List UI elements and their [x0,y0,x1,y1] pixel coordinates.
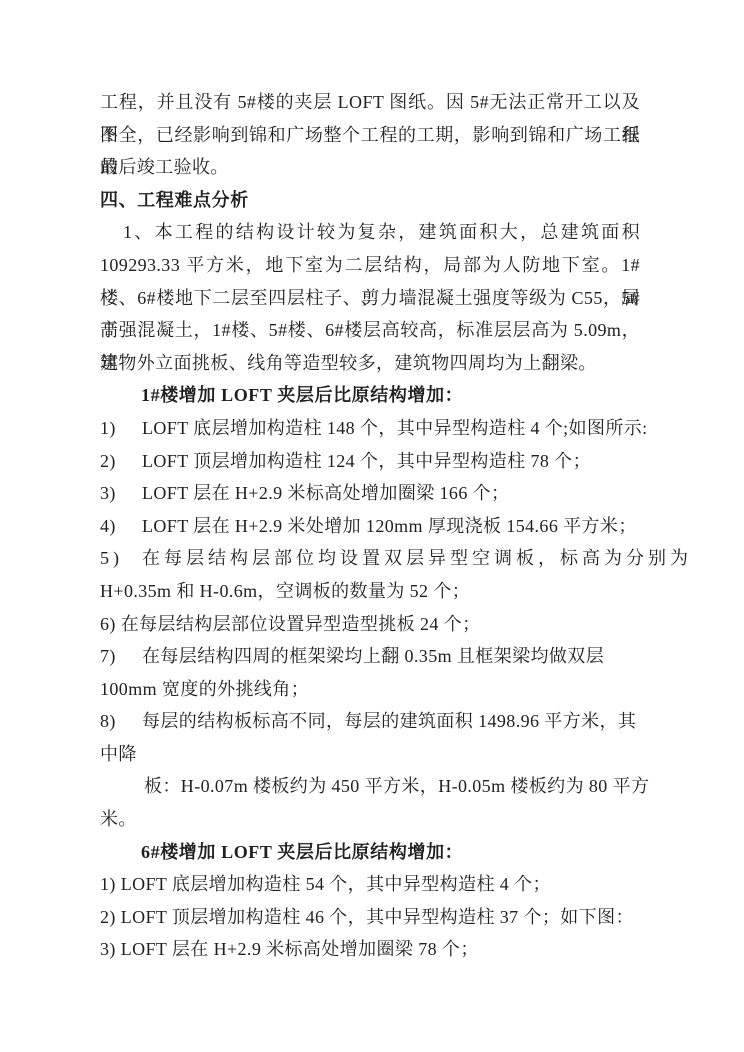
text-line: 筑物外立面挑板、线角等造型较多，建筑物四周均为上翻梁。 [100,347,640,380]
page-content: 工程，并且没有 5#楼的夹层 LOFT 图纸。因 5#无法正常开工以及图纸 不全… [100,86,640,966]
list-item-continued: 米。 [100,803,640,836]
list-item: 2) LOFT 顶层增加构造柱 124 个，其中异型构造柱 78 个； [100,445,640,478]
list-item-continued: 中降 [100,738,640,771]
text-line: 1、本工程的结构设计较为复杂，建筑面积大，总建筑面积 [100,216,640,249]
text-line: 最后竣工验收。 [100,151,640,184]
text-line: 不全，已经影响到锦和广场整个工程的工期，影响到锦和广场工程的 [100,119,640,152]
list-item: 3) LOFT 层在 H+2.9 米标高处增加圈梁 166 个； [100,477,640,510]
subsection-heading: 1#楼增加 LOFT 夹层后比原结构增加： [100,379,640,412]
list-item-continued: 板：H-0.07m 楼板约为 450 平方米，H-0.05m 楼板约为 80 平… [100,770,640,803]
text-line: 工程，并且没有 5#楼的夹层 LOFT 图纸。因 5#无法正常开工以及图纸 [100,86,640,119]
list-item: 4) LOFT 层在 H+2.9 米处增加 120mm 厚现浇板 154.66 … [100,510,640,543]
text-line: 楼、6#楼地下二层至四层柱子、剪力墙混凝土强度等级为 C55，属于 [100,282,640,315]
subsection-heading: 6#楼增加 LOFT 夹层后比原结构增加： [100,836,640,869]
list-item: 1) LOFT 底层增加构造柱 148 个，其中异型构造柱 4 个;如图所示: [100,412,640,445]
list-item: 1) LOFT 底层增加构造柱 54 个，其中异型构造柱 4 个； [100,868,640,901]
list-item: 3) LOFT 层在 H+2.9 米标高处增加圈梁 78 个； [100,933,640,966]
list-item: 2) LOFT 顶层增加构造柱 46 个，其中异型构造柱 37 个；如下图： [100,901,640,934]
list-item-continued: 100mm 宽度的外挑线角； [100,673,640,706]
list-item: 7) 在每层结构四周的框架梁均上翻 0.35m 且框架梁均做双层 [100,640,640,673]
list-item: 5) 在每层结构层部位均设置双层异型空调板，标高为分别为 [100,542,640,575]
text-line: 109293.33 平方米，地下室为二层结构，局部为人防地下室。1#楼、5# [100,249,640,282]
document-page: 工程，并且没有 5#楼的夹层 LOFT 图纸。因 5#无法正常开工以及图纸 不全… [0,0,744,1052]
list-item: 6) 在每层结构层部位设置异型造型挑板 24 个； [100,608,640,641]
text-line: 高强混凝土，1#楼、5#楼、6#楼层高较高，标准层层高为 5.09m，建 [100,314,640,347]
section-heading: 四、工程难点分析 [100,184,640,217]
list-item: 8) 每层的结构板标高不同，每层的建筑面积 1498.96 平方米，其 [100,705,640,738]
list-item-continued: H+0.35m 和 H-0.6m，空调板的数量为 52 个； [100,575,640,608]
